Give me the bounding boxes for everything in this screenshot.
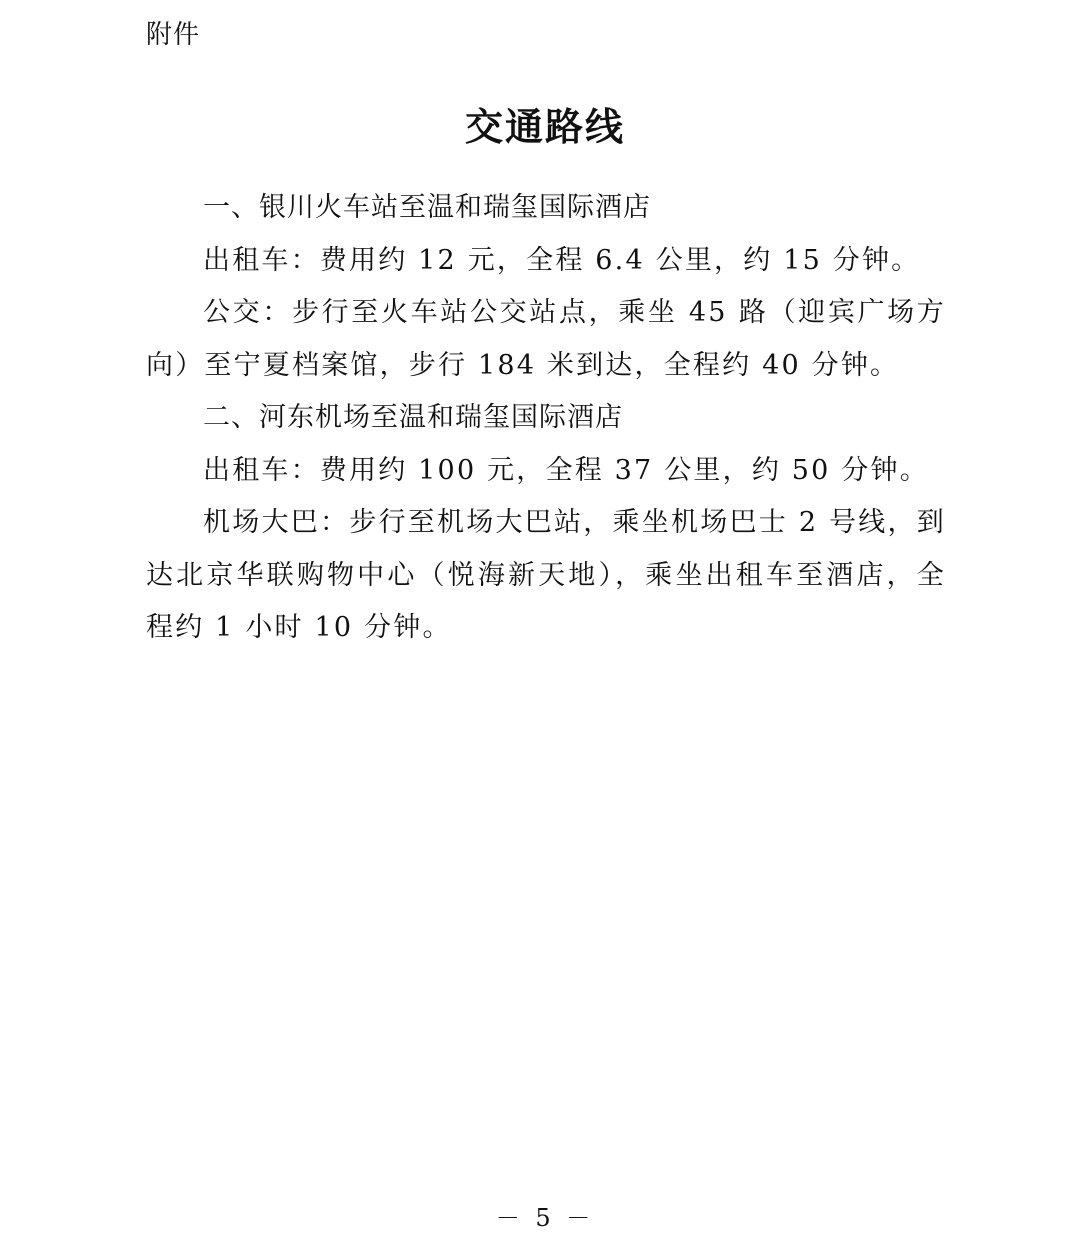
section-railway-station: 一、银川火车站至温和瑞玺国际酒店 出租车：费用约 12 元，全程 6.4 公里，… xyxy=(146,182,946,392)
document-body: 一、银川火车站至温和瑞玺国际酒店 出租车：费用约 12 元，全程 6.4 公里，… xyxy=(146,182,946,655)
taxi-route-paragraph: 出租车：费用约 100 元，全程 37 公里，约 50 分钟。 xyxy=(146,445,946,498)
page-number: － 5 － xyxy=(0,1198,1080,1233)
document-title: 交通路线 xyxy=(0,96,1080,151)
section-airport: 二、河东机场至温和瑞玺国际酒店 出租车：费用约 100 元，全程 37 公里，约… xyxy=(146,392,946,655)
bus-route-paragraph: 公交：步行至火车站公交站点，乘坐 45 路（迎宾广场方向）至宁夏档案馆，步行 1… xyxy=(146,287,946,392)
section-heading: 二、河东机场至温和瑞玺国际酒店 xyxy=(146,392,946,445)
taxi-route-paragraph: 出租车：费用约 12 元，全程 6.4 公里，约 15 分钟。 xyxy=(146,235,946,288)
attachment-label: 附件 xyxy=(146,14,200,51)
section-heading: 一、银川火车站至温和瑞玺国际酒店 xyxy=(146,182,946,235)
airport-bus-route-paragraph: 机场大巴：步行至机场大巴站，乘坐机场巴士 2 号线，到达北京华联购物中心（悦海新… xyxy=(146,497,946,655)
